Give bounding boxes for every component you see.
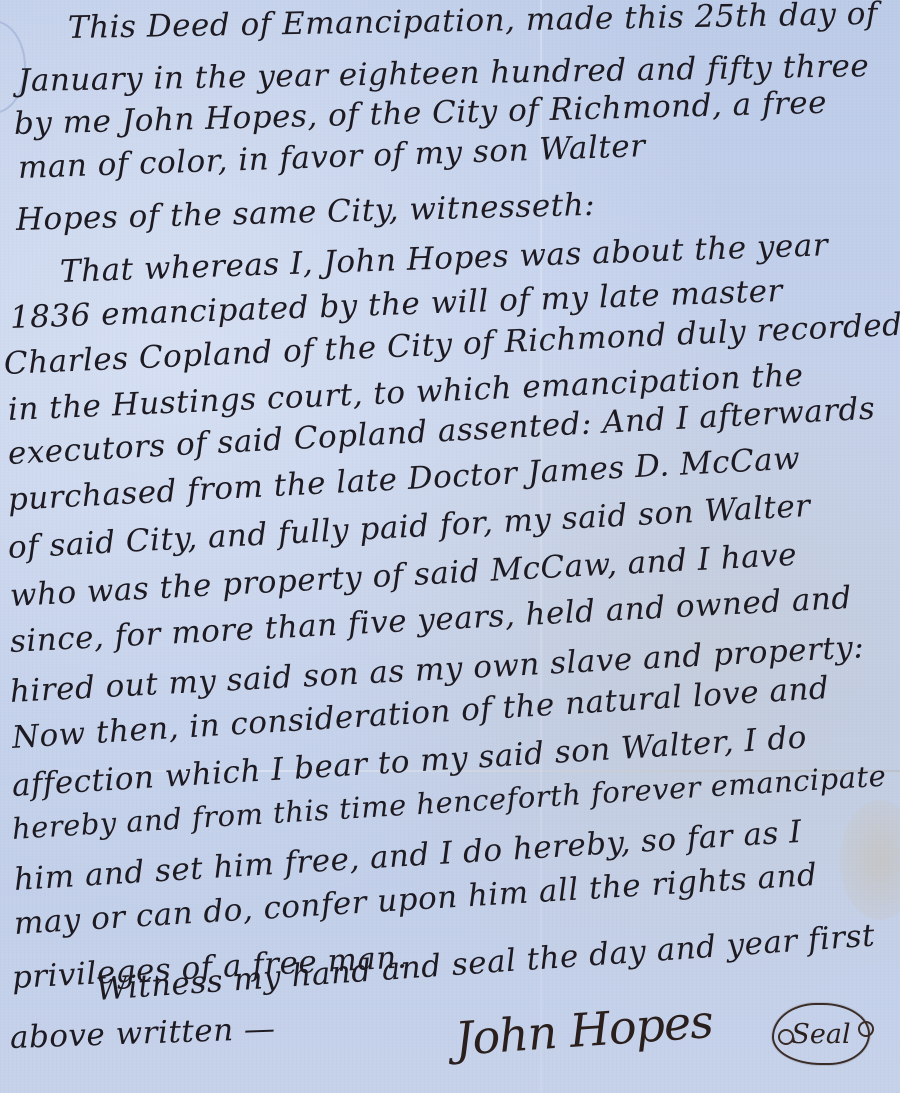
text-line: Hopes of the same City, witnesseth: [16,187,596,238]
deed-page: This Deed of Emancipation, made this 25t… [0,0,900,1093]
text-line: above written — [9,1011,276,1056]
seal-label: Seal [791,1019,850,1050]
signature: John Hopes [453,994,714,1066]
paper-stain [840,800,900,920]
seal-mark: Seal [772,1003,870,1065]
text-line: This Deed of Emancipation, made this 25t… [68,0,878,46]
